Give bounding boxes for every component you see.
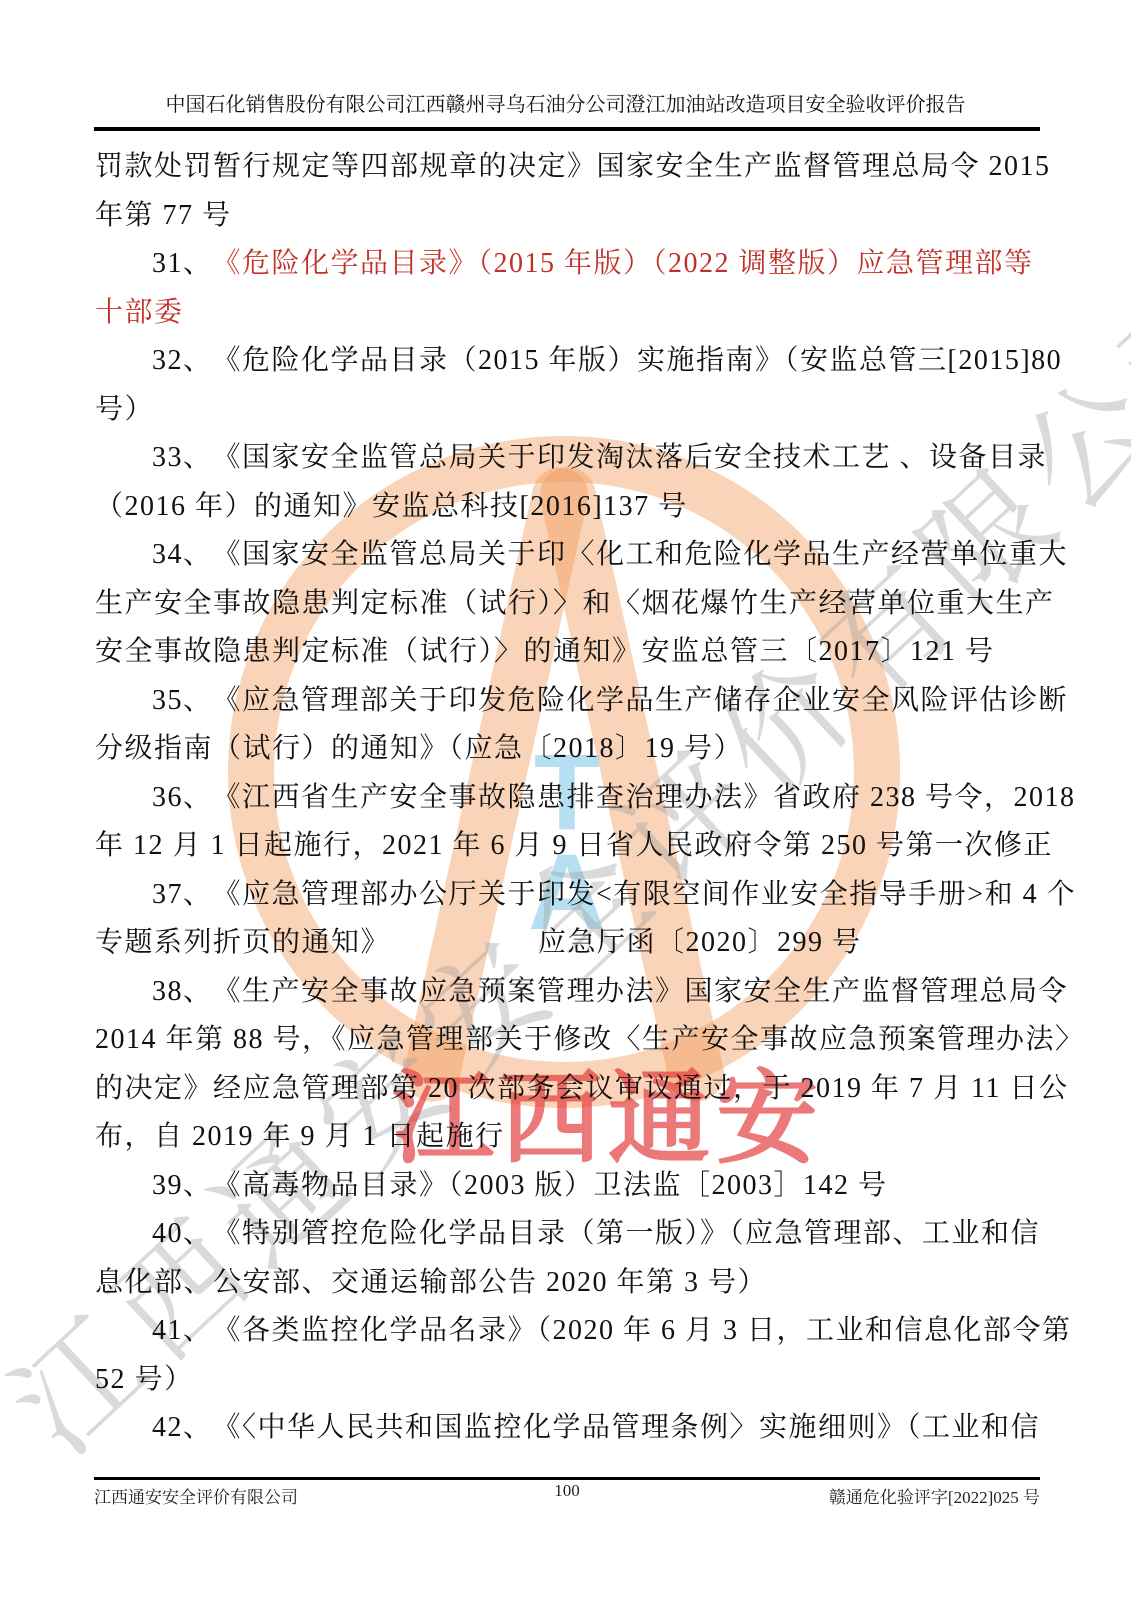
footer-doc-number: 赣通危化验评字[2022]025 号: [829, 1483, 1040, 1508]
body-line: 41、《各类监控化学品名录》（2020 年 6 月 3 日，工业和信息化部令第: [95, 1307, 1039, 1356]
page-footer: 江西通安安全评价有限公司 100 赣通危化验评字[2022]025 号: [94, 1483, 1040, 1508]
line-text: 2014 年第 88 号，《应急管理部关于修改〈生产安全事故应急预案管理办法〉: [95, 1024, 1085, 1055]
body-line: 37、《应急管理部办公厅关于印发<有限空间作业安全指导手册>和 4 个: [95, 871, 1039, 920]
body-line: 专题系列折页的通知》应急厅函〔2020〕299 号: [95, 919, 1039, 968]
list-item-number: 36、: [152, 782, 227, 813]
list-item-number: 42、: [152, 1412, 227, 1443]
list-item-number: 41、: [152, 1315, 227, 1346]
body-line: 罚款处罚暂行规定等四部规章的决定》国家安全生产监督管理总局令 2015: [95, 143, 1039, 192]
body-line: 号）: [95, 386, 1039, 435]
body-line: 33、《国家安全监管总局关于印发淘汰落后安全技术工艺 、设备目录: [95, 434, 1039, 483]
line-text: 的决定》经应急管理部第 20 次部务会议审议通过，于 2019 年 7 月 11…: [95, 1073, 1068, 1104]
list-item-number: 37、: [152, 879, 227, 910]
line-text: 《江西省生产安全事故隐患排查治理办法》省政府 238 号令，2018: [227, 782, 1076, 813]
line-text: 生产安全事故隐患判定标准（试行）〉和〈烟花爆竹生产经营单位重大生产: [95, 588, 1055, 619]
list-item-number: 33、: [152, 442, 227, 473]
body-line: 36、《江西省生产安全事故隐患排查治理办法》省政府 238 号令，2018: [95, 774, 1039, 823]
body-lines: 罚款处罚暂行规定等四部规章的决定》国家安全生产监督管理总局令 2015年第 77…: [95, 143, 1039, 1453]
list-item-number: 39、: [152, 1170, 227, 1201]
line-text: 分级指南（试行）的通知》（应急〔2018〕19 号）: [95, 733, 743, 764]
line-text: 《危险化学品目录》（2015 年版）（2022 调整版）应急管理部等: [227, 248, 1034, 279]
line-text: 《国家安全监管总局关于印发淘汰落后安全技术工艺 、设备目录: [227, 442, 1048, 473]
line-text: 《生产安全事故应急预案管理办法》国家安全生产监督管理总局令: [227, 976, 1069, 1007]
line-text: 《国家安全监管总局关于印〈化工和危险化学品生产经营单位重大: [227, 539, 1069, 570]
line-text: 十部委: [95, 297, 184, 328]
list-item-number: 31、: [152, 248, 227, 279]
body-line: 52 号）: [95, 1356, 1039, 1405]
body-line: 39、《高毒物品目录》（2003 版）卫法监［2003］142 号: [95, 1162, 1039, 1211]
body-line: 布，自 2019 年 9 月 1 日起施行: [95, 1113, 1039, 1162]
line-text: 安全事故隐患判定标准（试行）〉的通知》安监总管三〔2017〕121 号: [95, 636, 995, 667]
page-content: 中国石化销售股份有限公司江西赣州寻乌石油分公司澄江加油站改造项目安全验收评价报告…: [0, 0, 1131, 1600]
line-text: 年 12 月 1 日起施行，2021 年 6 月 9 日省人民政府令第 250 …: [95, 830, 1053, 861]
body-line: 安全事故隐患判定标准（试行）〉的通知》安监总管三〔2017〕121 号: [95, 628, 1039, 677]
body-line: 分级指南（试行）的通知》（应急〔2018〕19 号）: [95, 725, 1039, 774]
line-text: 应急厅函〔2020〕299 号: [538, 927, 862, 958]
body-line: 40、《特别管控危险化学品目录（第一版）》（应急管理部、工业和信: [95, 1210, 1039, 1259]
line-text: 52 号）: [95, 1364, 194, 1395]
body-line: 十部委: [95, 289, 1039, 338]
body-line: 的决定》经应急管理部第 20 次部务会议审议通过，于 2019 年 7 月 11…: [95, 1065, 1039, 1114]
list-item-number: 40、: [152, 1218, 227, 1249]
line-text: 《应急管理部关于印发危险化学品生产储存企业安全风险评估诊断: [227, 685, 1069, 716]
line-text: 号）: [95, 394, 154, 425]
line-text: （2016 年）的通知》安监总科技[2016]137 号: [95, 491, 688, 522]
report-page: T A 江西通安安全评价有限公司 江西通安 中国石化销售股份有限公司江西赣州寻乌…: [0, 0, 1131, 1600]
line-text: 《高毒物品目录》（2003 版）卫法监［2003］142 号: [227, 1170, 888, 1201]
list-item-number: 35、: [152, 685, 227, 716]
list-item-number: 38、: [152, 976, 227, 1007]
page-header-title: 中国石化销售股份有限公司江西赣州寻乌石油分公司澄江加油站改造项目安全验收评价报告: [94, 88, 1037, 117]
body-line: 生产安全事故隐患判定标准（试行）〉和〈烟花爆竹生产经营单位重大生产: [95, 580, 1039, 629]
body-line: 息化部、公安部、交通运输部公告 2020 年第 3 号）: [95, 1259, 1039, 1308]
line-text: 《应急管理部办公厅关于印发<有限空间作业安全指导手册>和 4 个: [227, 879, 1077, 910]
line-text: 专题系列折页的通知》: [95, 927, 390, 958]
body-line: 年第 77 号: [95, 192, 1039, 241]
line-text: 《各类监控化学品名录》（2020 年 6 月 3 日，工业和信息化部令第: [227, 1315, 1072, 1346]
list-item-number: 34、: [152, 539, 227, 570]
line-text: 《〈中华人民共和国监控化学品管理条例〉实施细则》（工业和信: [227, 1412, 1041, 1443]
line-text: 《危险化学品目录（2015 年版）实施指南》（安监总管三[2015]80: [227, 345, 1063, 376]
body-line: 年 12 月 1 日起施行，2021 年 6 月 9 日省人民政府令第 250 …: [95, 822, 1039, 871]
line-text: 罚款处罚暂行规定等四部规章的决定》国家安全生产监督管理总局令 2015: [95, 151, 1051, 182]
body-line: 2014 年第 88 号，《应急管理部关于修改〈生产安全事故应急预案管理办法〉: [95, 1016, 1039, 1065]
line-text: 《特别管控危险化学品目录（第一版）》（应急管理部、工业和信: [227, 1218, 1041, 1249]
line-text: 息化部、公安部、交通运输部公告 2020 年第 3 号）: [95, 1267, 767, 1298]
body-line: 32、《危险化学品目录（2015 年版）实施指南》（安监总管三[2015]80: [95, 337, 1039, 386]
line-text: 布，自 2019 年 9 月 1 日起施行: [95, 1121, 505, 1152]
body-line: 42、《〈中华人民共和国监控化学品管理条例〉实施细则》（工业和信: [95, 1404, 1039, 1453]
footer-company-name: 江西通安安全评价有限公司: [94, 1483, 298, 1508]
header-rule: [94, 127, 1040, 131]
line-text: 年第 77 号: [95, 200, 232, 231]
body-line: 35、《应急管理部关于印发危险化学品生产储存企业安全风险评估诊断: [95, 677, 1039, 726]
list-item-number: 32、: [152, 345, 227, 376]
body-line: 34、《国家安全监管总局关于印〈化工和危险化学品生产经营单位重大: [95, 531, 1039, 580]
body-line: 31、《危险化学品目录》（2015 年版）（2022 调整版）应急管理部等: [95, 240, 1039, 289]
footer-rule: [94, 1477, 1040, 1480]
body-line: （2016 年）的通知》安监总科技[2016]137 号: [95, 483, 1039, 532]
body-line: 38、《生产安全事故应急预案管理办法》国家安全生产监督管理总局令: [95, 968, 1039, 1017]
